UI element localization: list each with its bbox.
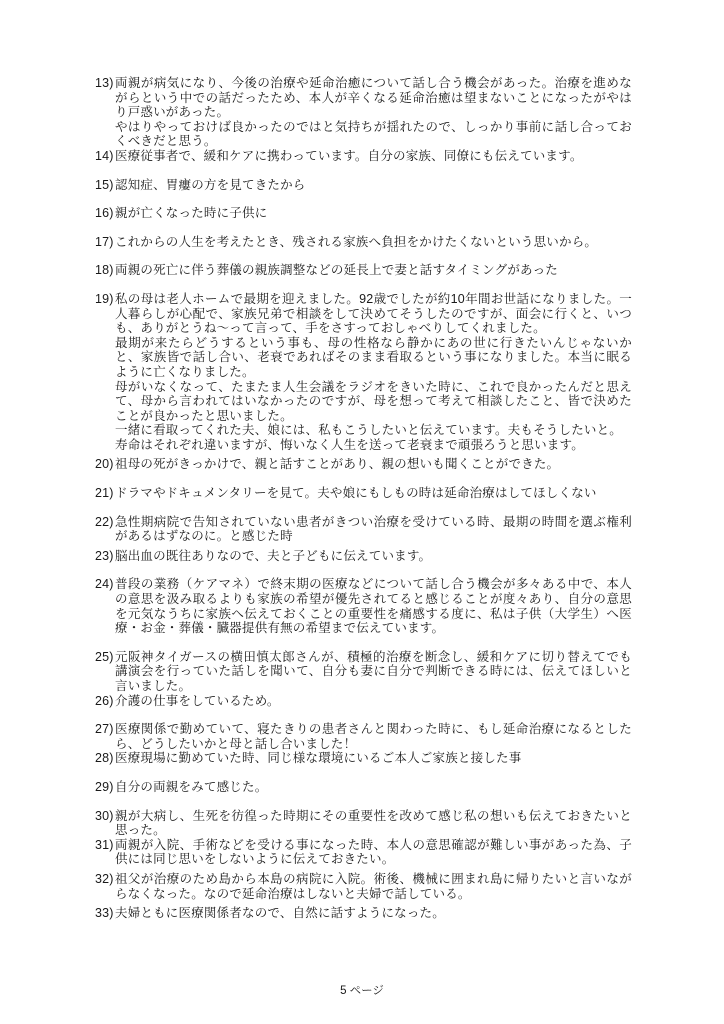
item-number: 13) — [95, 76, 115, 91]
response-list: 13)両親が病気になり、今後の治療や延命治癒について話し合う機会があった。治療を… — [95, 76, 632, 921]
item-number: 17) — [95, 235, 115, 250]
item-paragraph: 一緒に看取ってくれた夫、娘には、私もこうしたいと伝えています。夫もそうしたいと。 — [115, 423, 632, 438]
item-paragraph: 医療現場に勤めていた時、同じ様な環境にいるご本人ご家族と接した事 — [115, 751, 632, 766]
item-paragraph: 医療従事者で、緩和ケアに携わっています。自分の家族、同僚にも伝えています。 — [115, 149, 632, 164]
item-text: 自分の両親をみて感じた。 — [115, 780, 632, 795]
list-item: 22)急性期病院で告知されていない患者がきつい治療を受けている時、最期の時間を選… — [95, 515, 632, 544]
item-text: 私の母は老人ホームで最期を迎えました。92歳でしたが約10年間お世話になりました… — [115, 292, 632, 453]
item-paragraph: 祖父が治療のため島から本島の病院に入院。術後、機械に囲まれ島に帰りたいと言いなが… — [115, 872, 632, 901]
item-paragraph: 自分の両親をみて感じた。 — [115, 780, 632, 795]
item-text: 祖母の死がきっかけで、親と話すことがあり、親の想いも聞くことができた。 — [115, 457, 632, 472]
list-item: 20)祖母の死がきっかけで、親と話すことがあり、親の想いも聞くことができた。 — [95, 457, 632, 472]
item-text: 親が亡くなった時に子供に — [115, 206, 632, 221]
list-item: 28)医療現場に勤めていた時、同じ様な環境にいるご本人ご家族と接した事 — [95, 751, 632, 766]
item-paragraph: 両親の死亡に伴う葬儀の親族調整などの延長上で妻と話すタイミングがあった — [115, 263, 632, 278]
item-text: 脳出血の既往ありなので、夫と子どもに伝えています。 — [115, 549, 632, 564]
item-text: 元阪神タイガースの横田慎太郎さんが、積極的治療を断念し、緩和ケアに切り替えてでも… — [115, 650, 632, 694]
item-number: 20) — [95, 457, 115, 472]
list-item: 27)医療関係で勤めていて、寝たきりの患者さんと関わった時に、もし延命治療になる… — [95, 722, 632, 751]
item-text: ドラマやドキュメンタリーを見て。夫や娘にもしもの時は延命治療はしてほしくない — [115, 486, 632, 501]
item-number: 26) — [95, 694, 115, 709]
item-number: 30) — [95, 809, 115, 824]
list-item: 19)私の母は老人ホームで最期を迎えました。92歳でしたが約10年間お世話になり… — [95, 292, 632, 453]
item-number: 14) — [95, 149, 115, 164]
list-item: 30)親が大病し、生死を彷徨った時期にその重要性を改めて感じ私の想いも伝えておき… — [95, 809, 632, 838]
item-text: 急性期病院で告知されていない患者がきつい治療を受けている時、最期の時間を選ぶ権利… — [115, 515, 632, 544]
item-text: 普段の業務（ケアマネ）で終末期の医療などについて話し合う機会が多々ある中で、本人… — [115, 577, 632, 635]
item-paragraph: 両親が病気になり、今後の治療や延命治癒について話し合う機会があった。治療を進めな… — [115, 76, 632, 120]
item-number: 15) — [95, 178, 115, 193]
list-item: 23)脳出血の既往ありなので、夫と子どもに伝えています。 — [95, 549, 632, 564]
item-text: 親が大病し、生死を彷徨った時期にその重要性を改めて感じ私の想いも伝えておきたいと… — [115, 809, 632, 838]
item-number: 28) — [95, 751, 115, 766]
item-paragraph: 祖母の死がきっかけで、親と話すことがあり、親の想いも聞くことができた。 — [115, 457, 632, 472]
item-paragraph: 脳出血の既往ありなので、夫と子どもに伝えています。 — [115, 549, 632, 564]
item-number: 33) — [95, 906, 115, 921]
list-item: 17)これからの人生を考えたとき、残される家族へ負担をかけたくないという思いから… — [95, 235, 632, 250]
list-item: 13)両親が病気になり、今後の治療や延命治癒について話し合う機会があった。治療を… — [95, 76, 632, 149]
document-page: 13)両親が病気になり、今後の治療や延命治癒について話し合う機会があった。治療を… — [0, 0, 724, 1024]
item-paragraph: これからの人生を考えたとき、残される家族へ負担をかけたくないという思いから。 — [115, 235, 632, 250]
item-number: 18) — [95, 263, 115, 278]
item-text: 両親の死亡に伴う葬儀の親族調整などの延長上で妻と話すタイミングがあった — [115, 263, 632, 278]
item-paragraph: 最期が来たらどうするという事も、母の性格なら静かにあの世に行きたいんじゃないかと… — [115, 336, 632, 380]
item-text: 医療現場に勤めていた時、同じ様な環境にいるご本人ご家族と接した事 — [115, 751, 632, 766]
item-number: 23) — [95, 549, 115, 564]
item-number: 27) — [95, 722, 115, 737]
item-text: 祖父が治療のため島から本島の病院に入院。術後、機械に囲まれ島に帰りたいと言いなが… — [115, 872, 632, 901]
item-paragraph: 介護の仕事をしているため。 — [115, 694, 632, 709]
item-text: 医療関係で勤めていて、寝たきりの患者さんと関わった時に、もし延命治療になるとした… — [115, 722, 632, 751]
list-item: 32)祖父が治療のため島から本島の病院に入院。術後、機械に囲まれ島に帰りたいと言… — [95, 872, 632, 901]
item-text: 両親が入院、手術などを受ける事になった時、本人の意思確認が難しい事があった為、子… — [115, 838, 632, 867]
page-number: 5 ページ — [0, 982, 724, 998]
list-item: 14)医療従事者で、緩和ケアに携わっています。自分の家族、同僚にも伝えています。 — [95, 149, 632, 164]
item-paragraph: 認知症、胃瘻の方を見てきたから — [115, 178, 632, 193]
list-item: 29)自分の両親をみて感じた。 — [95, 780, 632, 795]
item-text: これからの人生を考えたとき、残される家族へ負担をかけたくないという思いから。 — [115, 235, 632, 250]
list-item: 16)親が亡くなった時に子供に — [95, 206, 632, 221]
item-paragraph: 寿命はそれぞれ違いますが、悔いなく人生を送って老衰まで頑張ろうと思います。 — [115, 438, 632, 453]
item-number: 24) — [95, 577, 115, 592]
item-paragraph: 元阪神タイガースの横田慎太郎さんが、積極的治療を断念し、緩和ケアに切り替えてでも… — [115, 650, 632, 694]
item-paragraph: 親が亡くなった時に子供に — [115, 206, 632, 221]
item-paragraph: 急性期病院で告知されていない患者がきつい治療を受けている時、最期の時間を選ぶ権利… — [115, 515, 632, 544]
item-number: 21) — [95, 486, 115, 501]
item-number: 31) — [95, 838, 115, 853]
item-paragraph: ドラマやドキュメンタリーを見て。夫や娘にもしもの時は延命治療はしてほしくない — [115, 486, 632, 501]
item-number: 22) — [95, 515, 115, 530]
item-paragraph: 私の母は老人ホームで最期を迎えました。92歳でしたが約10年間お世話になりました… — [115, 292, 632, 336]
list-item: 25)元阪神タイガースの横田慎太郎さんが、積極的治療を断念し、緩和ケアに切り替え… — [95, 650, 632, 694]
item-paragraph: 医療関係で勤めていて、寝たきりの患者さんと関わった時に、もし延命治療になるとした… — [115, 722, 632, 751]
list-item: 31)両親が入院、手術などを受ける事になった時、本人の意思確認が難しい事があった… — [95, 838, 632, 867]
item-number: 29) — [95, 780, 115, 795]
list-item: 18)両親の死亡に伴う葬儀の親族調整などの延長上で妻と話すタイミングがあった — [95, 263, 632, 278]
item-number: 19) — [95, 292, 115, 307]
item-text: 介護の仕事をしているため。 — [115, 694, 632, 709]
list-item: 33)夫婦ともに医療関係者なので、自然に話すようになった。 — [95, 906, 632, 921]
item-paragraph: 親が大病し、生死を彷徨った時期にその重要性を改めて感じ私の想いも伝えておきたいと… — [115, 809, 632, 838]
item-number: 16) — [95, 206, 115, 221]
item-text: 医療従事者で、緩和ケアに携わっています。自分の家族、同僚にも伝えています。 — [115, 149, 632, 164]
item-paragraph: やはりやっておけば良かったのではと気持ちが揺れたので、しっかり事前に話し合ってお… — [115, 120, 632, 149]
list-item: 21)ドラマやドキュメンタリーを見て。夫や娘にもしもの時は延命治療はしてほしくな… — [95, 486, 632, 501]
item-text: 夫婦ともに医療関係者なので、自然に話すようになった。 — [115, 906, 632, 921]
item-number: 32) — [95, 872, 115, 887]
item-text: 両親が病気になり、今後の治療や延命治癒について話し合う機会があった。治療を進めな… — [115, 76, 632, 149]
item-text: 認知症、胃瘻の方を見てきたから — [115, 178, 632, 193]
item-number: 25) — [95, 650, 115, 665]
item-paragraph: 普段の業務（ケアマネ）で終末期の医療などについて話し合う機会が多々ある中で、本人… — [115, 577, 632, 635]
item-paragraph: 夫婦ともに医療関係者なので、自然に話すようになった。 — [115, 906, 632, 921]
list-item: 15)認知症、胃瘻の方を見てきたから — [95, 178, 632, 193]
list-item: 24)普段の業務（ケアマネ）で終末期の医療などについて話し合う機会が多々ある中で… — [95, 577, 632, 635]
item-paragraph: 両親が入院、手術などを受ける事になった時、本人の意思確認が難しい事があった為、子… — [115, 838, 632, 867]
list-item: 26)介護の仕事をしているため。 — [95, 694, 632, 709]
item-paragraph: 母がいなくなって、たまたま人生会議をラジオをきいた時に、これで良かったんだと思え… — [115, 380, 632, 424]
